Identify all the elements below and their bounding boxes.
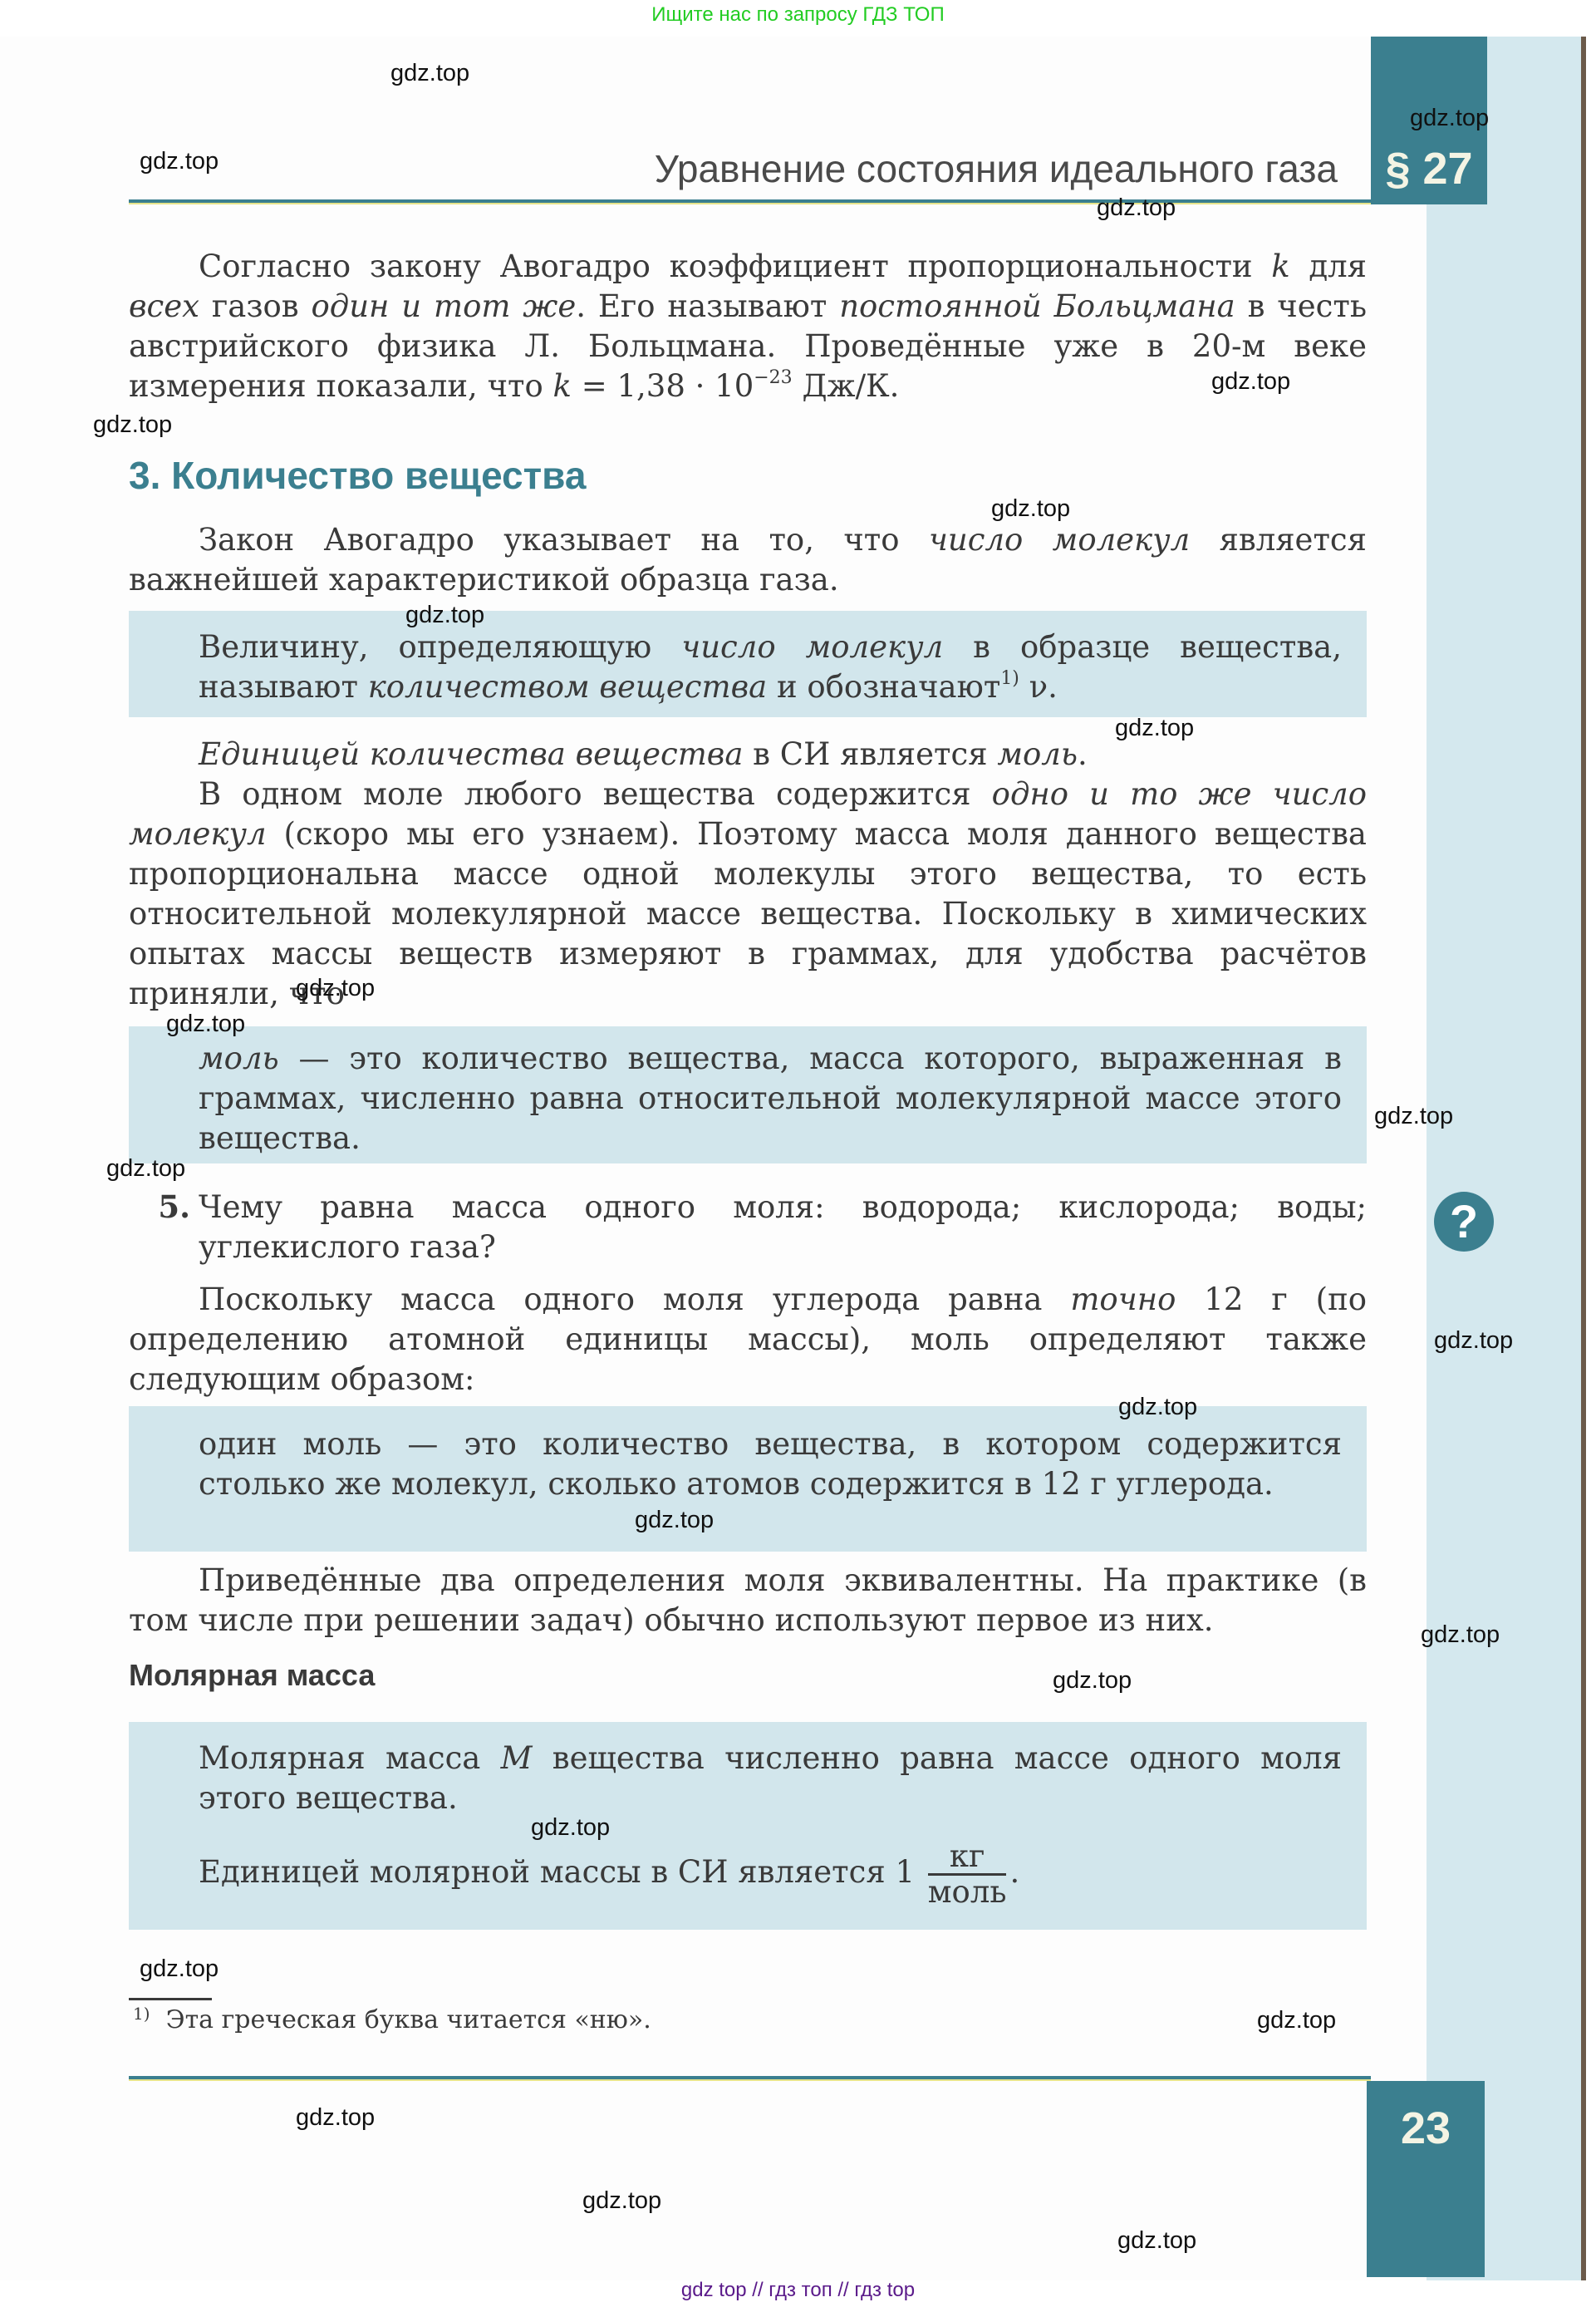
watermark: gdz.top [93, 411, 172, 439]
text: = 1,38 · 10 [572, 368, 754, 404]
emphasis: число молекул [929, 522, 1190, 558]
chapter-title: Уравнение состояния идеального газа [498, 146, 1338, 191]
watermark: gdz.top [1053, 1667, 1132, 1695]
definition-box-amount: Величину, определяющую число молекул в о… [129, 611, 1367, 717]
emphasis: один и тот же [312, 288, 577, 324]
watermark: gdz.top [991, 495, 1070, 523]
fraction-numerator: кг [928, 1840, 1007, 1876]
paragraph-number: § 27 [1371, 143, 1487, 194]
footer-rule [129, 2076, 1371, 2081]
watermark: gdz.top [1115, 715, 1194, 742]
top-promo-banner[interactable]: Ищите нас по запросу ГДЗ ТОП [0, 3, 1596, 27]
emphasis: точно [1070, 1281, 1176, 1317]
watermark: gdz.top [1118, 1394, 1197, 1421]
watermark: gdz.top [1410, 105, 1489, 132]
term-amount-of-substance: количеством вещества [368, 669, 768, 705]
question-5: 5.Чему равна масса одного моля: водорода… [129, 1187, 1367, 1267]
side-margin-strip [1427, 37, 1581, 2280]
text: и обозначают [767, 669, 1000, 705]
equivalence-paragraph: Приведённые два определения моля эквивал… [129, 1561, 1367, 1641]
watermark: gdz.top [296, 975, 375, 1002]
text: Поскольку масса одного моля углерода рав… [199, 1281, 1070, 1317]
text: Величину, определяющую [199, 629, 681, 665]
page-edge [1581, 37, 1586, 2280]
watermark: gdz.top [166, 1011, 245, 1038]
text: Дж/К. [793, 368, 900, 404]
definition-text: Молярная масса M вещества численно равна… [129, 1722, 1367, 1818]
intro-paragraph: Согласно закону Авогадро коэффициент про… [129, 247, 1367, 406]
text: для [1290, 248, 1367, 284]
var-k: k [553, 368, 572, 404]
footnote: 1) Эта греческая буква читается «ню». [133, 2005, 651, 2034]
text: Согласно закону Авогадро коэффициент про… [199, 248, 1271, 284]
watermark: gdz.top [1421, 1621, 1500, 1649]
watermark: gdz.top [296, 2104, 375, 2132]
text: газов [199, 288, 311, 324]
exponent: −23 [754, 367, 792, 388]
term-boltzmann-constant: постоянной Больцмана [839, 288, 1235, 324]
page-number: 23 [1367, 2103, 1485, 2154]
watermark: gdz.top [1117, 2227, 1196, 2255]
text: В одном моле любого вещества содержится [199, 776, 992, 812]
watermark: gdz.top [390, 60, 469, 87]
watermark: gdz.top [1097, 194, 1176, 222]
text: в СИ является [743, 736, 997, 772]
definition-text: моль — это количество вещества, масса ко… [129, 1026, 1367, 1158]
text: — это количество вещества, масса которог… [199, 1040, 1342, 1156]
text: . [1078, 736, 1088, 772]
emphasis: всех [129, 288, 199, 324]
definition-box-mole-2: один моль — это количество вещества, в к… [129, 1406, 1367, 1552]
footnote-rule [129, 1998, 212, 2000]
footnote-ref[interactable]: 1) [1000, 668, 1019, 689]
watermark: gdz.top [635, 1507, 714, 1534]
question-text: Чему равна масса одного моля: водорода; … [199, 1189, 1367, 1265]
watermark: gdz.top [531, 1814, 610, 1842]
question-number: 5. [129, 1187, 199, 1227]
subheading-molar-mass: Молярная масса [129, 1658, 375, 1693]
text: . [1009, 1854, 1019, 1890]
definition-box-molar-mass: Молярная масса M вещества численно равна… [129, 1722, 1367, 1930]
text: Молярная масса [199, 1740, 501, 1776]
footnote-mark: 1) [133, 2004, 150, 2024]
fraction-denominator: моль [928, 1876, 1007, 1909]
emphasis: Единицей количества вещества [199, 736, 743, 772]
section-heading: 3. Количество вещества [129, 453, 586, 498]
watermark: gdz.top [1257, 2007, 1336, 2034]
header-rule [129, 199, 1371, 204]
bottom-promo-banner[interactable]: gdz top // гдз топ // гдз top [0, 2279, 1596, 2302]
definition-box-mole-1: моль — это количество вещества, масса ко… [129, 1026, 1367, 1163]
text: ν. [1019, 669, 1058, 705]
watermark: gdz.top [106, 1155, 185, 1183]
watermark: gdz.top [405, 602, 484, 629]
var-k: k [1271, 248, 1289, 284]
watermark: gdz.top [1374, 1103, 1453, 1130]
watermark: gdz.top [140, 1955, 219, 1983]
section3-paragraph: Закон Авогадро указывает на то, что числ… [129, 520, 1367, 600]
text: . Его называют [576, 288, 839, 324]
term-mole: моль [199, 1040, 279, 1076]
carbon-paragraph: Поскольку масса одного моля углерода рав… [129, 1280, 1367, 1399]
emphasis: число молекул [681, 629, 943, 665]
var-M: M [501, 1740, 533, 1776]
term-mole: моль [997, 736, 1078, 772]
footnote-text: Эта греческая буква читается «ню». [166, 2005, 651, 2034]
watermark: gdz.top [1211, 368, 1290, 396]
text: Единицей молярной массы в СИ является 1 [199, 1854, 925, 1890]
unit-fraction: кгмоль [928, 1840, 1007, 1909]
watermark: gdz.top [582, 2187, 661, 2215]
text: Закон Авогадро указывает на то, что [199, 522, 929, 558]
molar-mass-unit: Единицей молярной массы в СИ является 1 … [129, 1818, 1367, 1909]
question-icon: ? [1434, 1192, 1494, 1252]
watermark: gdz.top [140, 148, 219, 175]
definition-text: Величину, определяющую число молекул в о… [129, 611, 1367, 707]
text: Приведённые два определения моля эквивал… [129, 1561, 1367, 1641]
watermark: gdz.top [1434, 1327, 1513, 1355]
